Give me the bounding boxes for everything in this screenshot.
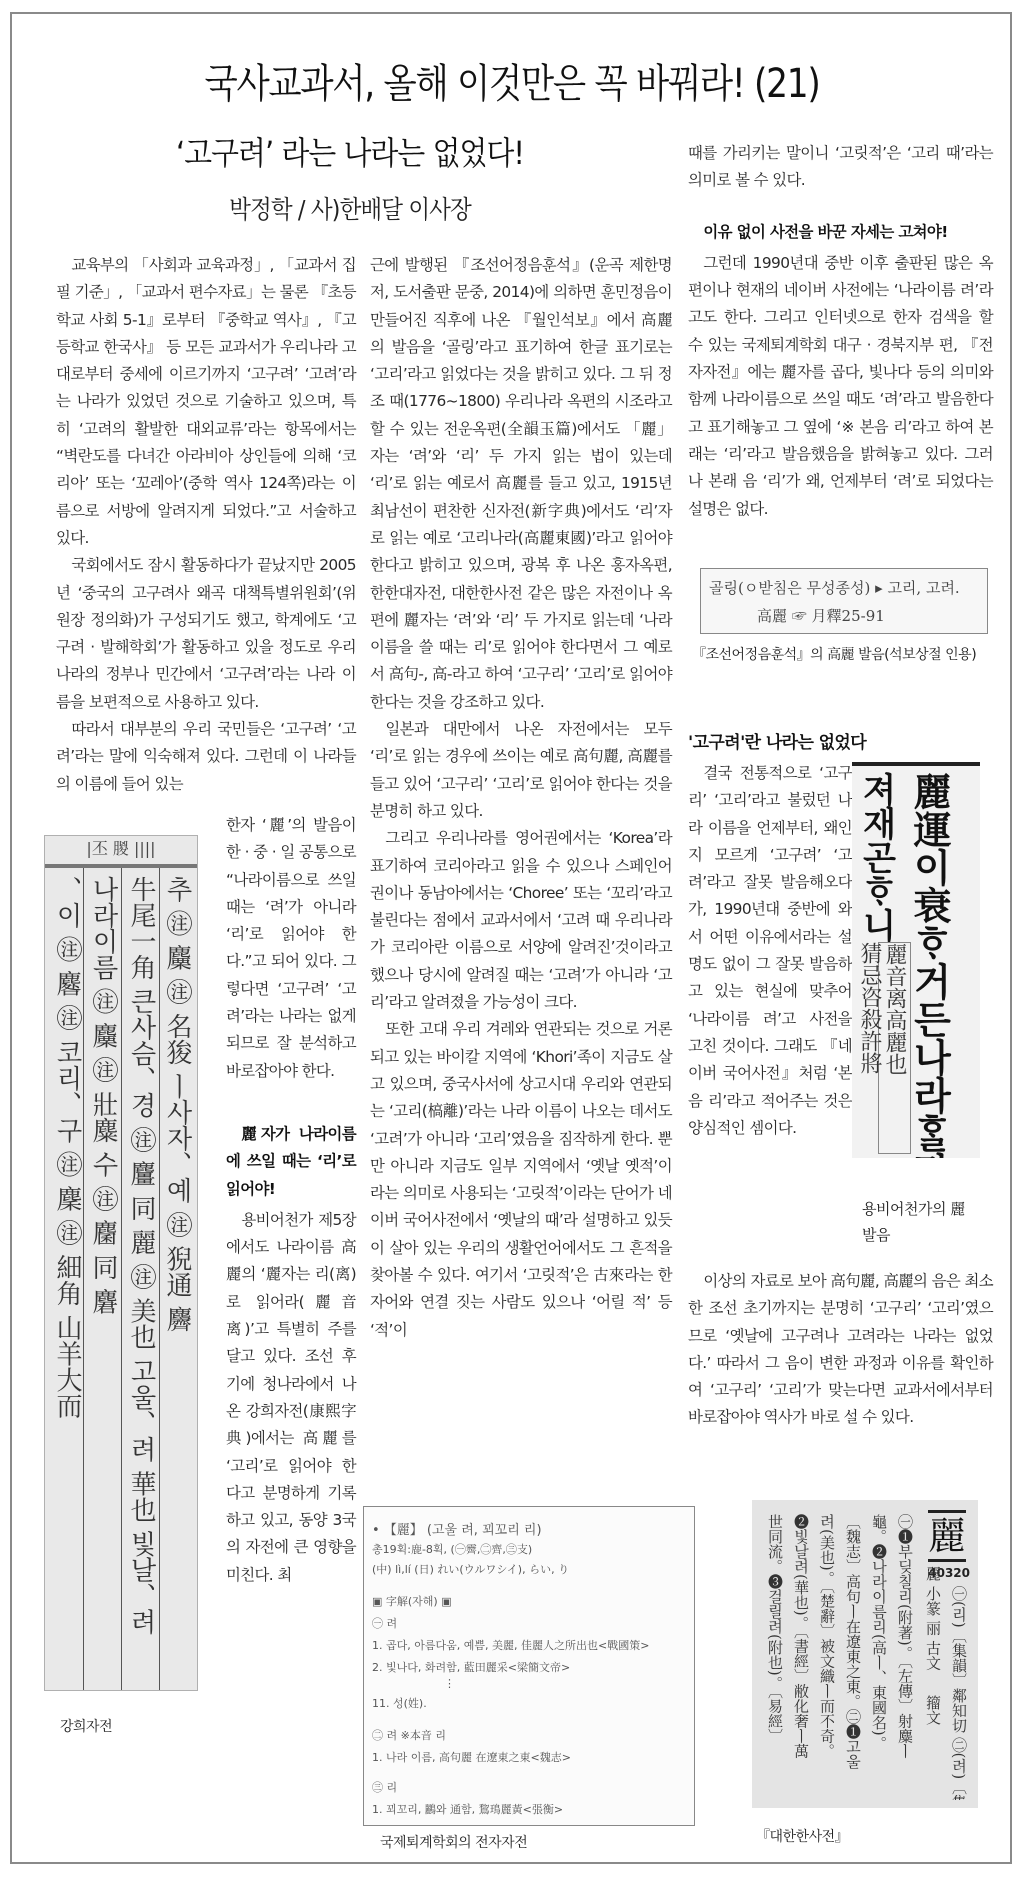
headword-glyph: 麗 xyxy=(928,1510,966,1562)
yongbi-column: 져재곤ᄒᆞ니 xyxy=(852,772,901,942)
paragraph: 이상의 자료로 보아 高句麗, 高麗의 음은 최소한 조선 초기까지는 분명히 … xyxy=(688,1268,993,1432)
kangxi-dictionary-image: |丕 朡 |||| 추 ㊟ 麜 ㊟ 名狻 ㅣ사자、예 ㊟ 猊通 麡 牛尾一角 큰… xyxy=(44,835,198,1691)
digital-dictionary-caption: 국제퇴계학회의 전자자전 xyxy=(380,1832,527,1852)
paragraph: 용비어천가 제5장에서도 나라이름 高麗의 ‘麗자는 리(离)로 읽어라(麗音离… xyxy=(226,1207,356,1589)
yongbi-caption: 용비어천가의 麗 발음 xyxy=(862,1196,982,1248)
kangxi-column: 추 ㊟ 麜 ㊟ 名狻 ㅣ사자、예 ㊟ 猊通 麡 xyxy=(159,876,196,1686)
subheading: 이유 없이 사전을 바꾼 자세는 고쳐야! xyxy=(688,219,993,246)
daehan-dictionary-image: 麗 40320 ㊀(리)〔集韻〕鄰知切 ㊁(려)〔集韻〕郞計切 麗 小篆 丽 古… xyxy=(752,1500,978,1808)
column-1: 교육부의 「사회과 교육과정」, 「교과서 집필 기준」, 「교과서 편수자료」… xyxy=(56,252,356,798)
paragraph: 일본과 대만에서 나온 자전에서는 모두 ‘리’로 읽는 경우에 쓰이는 예로 … xyxy=(370,716,672,825)
kangxi-column: 、이 ㊟ 麔 ㊟ 코리、구 ㊟ 麇 ㊟ 細角 山羊大而 xyxy=(49,876,86,1686)
column-3-narrow: 결국 전통적으로 ‘고구리’ ‘고리’라고 불렀던 나라 이름을 언제부터, 왜… xyxy=(688,760,852,1142)
paragraph: 결국 전통적으로 ‘고구리’ ‘고리’라고 불렀던 나라 이름을 언제부터, 왜… xyxy=(688,760,852,1142)
kangxi-column: 나라이름 ㊟ 麜 ㊟ 壯麋 수 ㊟ 麕 同 麏 xyxy=(85,876,122,1686)
paragraph: 교육부의 「사회과 교육과정」, 「교과서 집필 기준」, 「교과서 편수자료」… xyxy=(56,252,356,552)
series-title: 국사교과서, 올해 이것만은 꼭 바꿔라! (21) xyxy=(72,52,953,109)
paragraph: 한자 ‘麗’의 발음이 한 · 중 · 일 공통으로 “나라이름으로 쓰일 때는… xyxy=(226,812,356,1085)
pronunciation-caption: 『조선어정음훈석』의 高麗 발음(석보상절 인용) xyxy=(692,644,992,666)
paragraph: 그런데 1990년대 중반 이후 출판된 많은 옥편이나 현재의 네이버 사전에… xyxy=(688,250,993,523)
column-3: 때를 가리키는 말이니 ‘고릿적’은 ‘고리 때’라는 의미로 볼 수 있다. … xyxy=(688,140,993,523)
yongbi-column: 猜忌咨殺許將 xyxy=(854,942,885,1152)
column-2: 근에 발행된 『조선어정음훈석』(운곡 제한명 저, 도서출판 문중, 2014… xyxy=(370,252,672,1344)
kangxi-caption: 강희자전 xyxy=(60,1716,112,1736)
subheading: '고구려'란 나라는 없었다 xyxy=(688,730,993,757)
paragraph: 근에 발행된 『조선어정음훈석』(운곡 제한명 저, 도서출판 문중, 2014… xyxy=(370,252,672,716)
paragraph: 때를 가리키는 말이니 ‘고릿적’은 ‘고리 때’라는 의미로 볼 수 있다. xyxy=(688,140,993,195)
paragraph: 국회에서도 잠시 활동하다가 끝났지만 2005년 ‘중국의 고구려사 왜곡 대… xyxy=(56,552,356,716)
article-title: ‘고구려’ 라는 나라는 없었다! xyxy=(71,128,629,174)
paragraph: 그리고 우리나라를 영어권에서는 ‘Korea’라 표기하여 코리아라고 읽을 … xyxy=(370,825,672,1016)
paragraph: 따라서 대부분의 우리 국민들은 ‘고구려’ ‘고려’라는 말에 익숙해져 있다… xyxy=(56,716,356,798)
byline: 박정학 / 사)한배달 이사장 xyxy=(71,190,629,226)
kangxi-column: 牛尾一角 큰사슴、경 ㊟ 麠 同 麗 ㊟ 美也 고울、려 華也 빛날、려 xyxy=(123,876,160,1686)
pronunciation-box: 골링(ㅇ받침은 무성종성) ▸ 고리, 고려. 高麗 ☞ 月釋25-91 xyxy=(700,568,988,634)
kangxi-top-strip: |丕 朡 |||| xyxy=(45,836,197,868)
column-3-closing: 이상의 자료로 보아 高句麗, 高麗의 음은 최소한 조선 초기까지는 분명히 … xyxy=(688,1268,993,1432)
daehan-caption: 『대한한사전』 xyxy=(756,1826,848,1846)
digital-dictionary-image: • 【麗】 (고울 려, 꾀꼬리 리) 총19획:鹿-8획, (㊀霽,㊁齊,㊂支… xyxy=(363,1506,695,1826)
yongbi-eocheonga-image: 麗運이衰ᄒᆞ거든나라ᄒᆞᆯ맛 麗音离高麗也 져재곤ᄒᆞ니 猜忌咨殺許將 xyxy=(852,762,980,1158)
paragraph: 또한 고대 우리 겨레와 연관되는 것으로 거론되고 있는 바이칼 지역에 ‘K… xyxy=(370,1016,672,1344)
subheading: 麗자가 나라이름에 쓰일 때는 ‘리’로 읽어야! xyxy=(226,1121,356,1203)
column-1-narrow: 한자 ‘麗’의 발음이 한 · 중 · 일 공통으로 “나라이름으로 쓰일 때는… xyxy=(226,812,356,1589)
